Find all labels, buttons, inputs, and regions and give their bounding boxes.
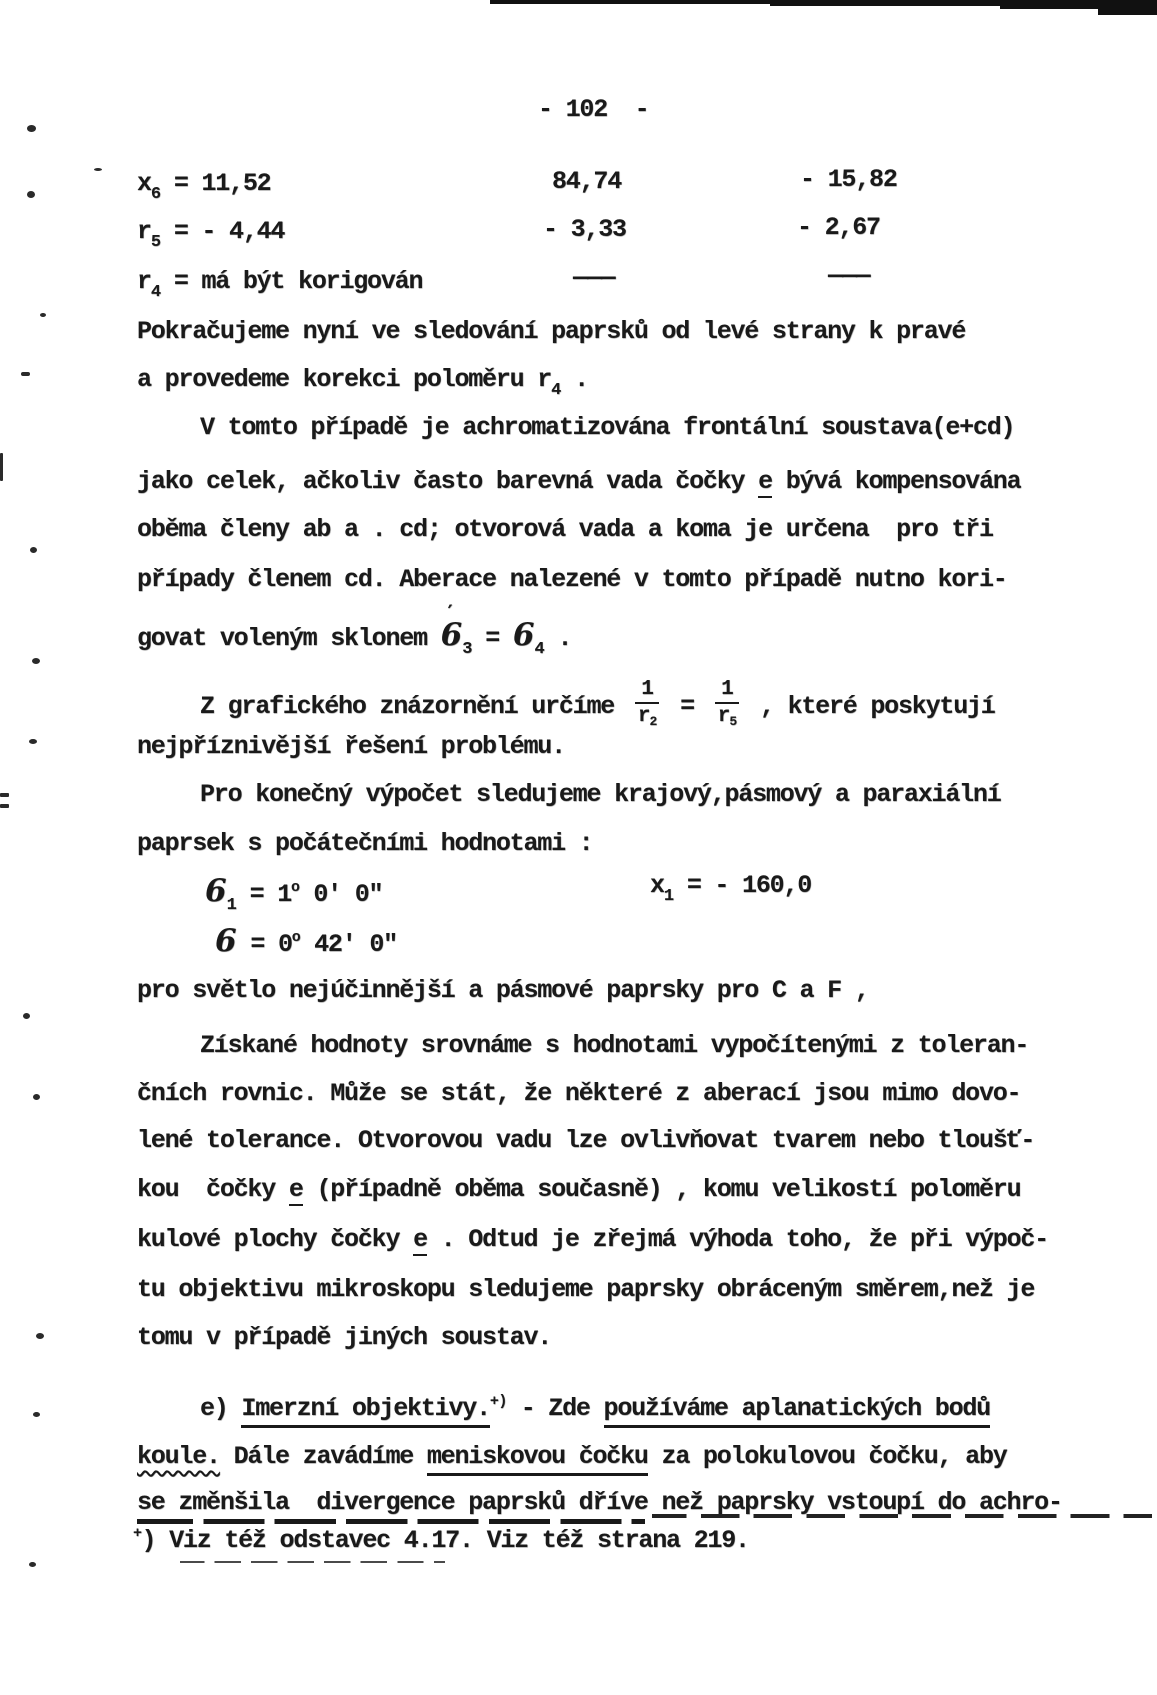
sigma-symbol: 6	[215, 923, 237, 959]
text-run: = 1	[236, 880, 291, 909]
text-run: (případně oběma současně) , komu velikos…	[303, 1175, 1021, 1204]
scan-speck	[40, 313, 46, 317]
text-line: kulové plochy čočky e . Odtud je zřejmá …	[137, 1226, 1048, 1254]
subscript: 5	[729, 714, 736, 729]
text-run: ———	[573, 263, 614, 292]
equation: 6 = 0o 42′ 0″	[215, 924, 397, 959]
text-line: nejpříznivější řešení problému.	[137, 733, 565, 761]
footnote-rule	[137, 1519, 645, 1524]
page-number: - 102 -	[538, 96, 648, 124]
text-run: čních rovnic. Může se stát, že některé z…	[137, 1079, 1020, 1108]
subscript: 4	[534, 640, 543, 659]
text-line: čních rovnic. Může se stát, že některé z…	[137, 1080, 1020, 1108]
text-line: tu objektivu mikroskopu sledujeme paprsk…	[137, 1276, 1034, 1304]
text-run: =	[471, 624, 512, 653]
fraction-denominator: r5	[715, 702, 739, 728]
text-line: jako celek, ačkoliv často barevná vada č…	[137, 468, 1020, 496]
text-run: e)	[200, 1394, 241, 1423]
scan-speck	[0, 793, 9, 797]
text-run: ———	[828, 261, 869, 290]
subscript: 2	[650, 714, 657, 729]
table-cell: r4 = má být korigován	[137, 268, 422, 302]
scan-speck	[21, 372, 30, 376]
text-line: a provedeme korekci poloměru r4 .	[137, 366, 588, 400]
text-run: kulové plochy čočky	[137, 1225, 413, 1254]
text-run: 42′ 0″	[300, 930, 397, 959]
text-run: bývá kompensována	[772, 467, 1020, 496]
text-line: lené tolerance. Otvorovou vadu lze ovliv…	[137, 1127, 1034, 1155]
text-run: lené tolerance. Otvorovou vadu lze ovliv…	[137, 1126, 1034, 1155]
text-line: tomu v případě jiných soustav.	[137, 1324, 551, 1352]
text-run: govat voleným sklonem	[137, 624, 441, 653]
subscript: 4	[551, 381, 560, 400]
scan-speck	[0, 804, 9, 808]
text-run: pro světlo nejúčinnější a pásmové paprsk…	[137, 976, 869, 1005]
text-run: - 3,33	[543, 215, 626, 244]
text-run: ) Viz též odstavec 4.17. Viz též strana …	[142, 1526, 749, 1555]
text-run: .	[560, 365, 588, 394]
text-line: Pokračujeme nyní ve sledování paprsků od…	[137, 318, 965, 346]
fraction-numerator: 1	[638, 679, 656, 702]
text-line: koule. Dále zavádíme meniskovou čočku za…	[137, 1443, 1007, 1471]
text-line: Pro konečný výpočet sledujeme krajový,pá…	[200, 781, 1001, 809]
equation: x1 = - 160,0	[650, 872, 811, 906]
text-run: V tomto případě je achromatizována front…	[200, 413, 1014, 442]
scan-speck	[33, 1412, 40, 1417]
scan-speck	[23, 1013, 30, 1019]
text-run: Pokračujeme nyní ve sledování paprsků od…	[137, 317, 965, 346]
text-run: 0′ 0″	[300, 880, 383, 909]
text-run: x	[137, 169, 151, 198]
text-run: x	[650, 871, 664, 900]
text-line: V tomto případě je achromatizována front…	[200, 414, 1014, 442]
scan-speck	[27, 191, 35, 198]
text-run: .	[544, 624, 572, 653]
scan-speck	[0, 453, 3, 481]
underlined-term: e	[289, 1175, 303, 1206]
text-run: - Zde	[507, 1394, 604, 1423]
underlined-term: e	[413, 1225, 427, 1256]
text-run: = - 160,0	[673, 871, 811, 900]
underlined-phrase: používáme aplanatických bodů	[604, 1394, 990, 1428]
text-run: = má být korigován	[160, 267, 422, 296]
scan-speck	[29, 739, 37, 744]
underlined-phrase: Imerzní objektivy.	[241, 1394, 489, 1428]
subscript: 1	[664, 887, 673, 906]
text-run: 84,74	[552, 167, 621, 196]
text-run: Pro konečný výpočet sledujeme krajový,pá…	[200, 780, 1001, 809]
subscript: 1	[227, 896, 236, 915]
text-run: r	[137, 267, 151, 296]
subscript: 5	[151, 233, 160, 252]
superscript: o	[291, 879, 300, 896]
text-run: paprsek s počátečními hodnotami :	[137, 829, 592, 858]
text-run: =	[666, 692, 707, 721]
scan-speck	[36, 1333, 44, 1339]
text-line: se změnšila divergence paprsků dříve než…	[137, 1489, 1062, 1517]
text-line: oběma členy ab a . cd; otvorová vada a k…	[137, 516, 993, 544]
text-run: nejpříznivější řešení problému.	[137, 732, 565, 761]
text-run: - 15,82	[800, 165, 897, 194]
table-cell: r5 = - 4,44	[137, 218, 284, 252]
scan-speck	[33, 1094, 40, 1100]
text-run: Dále zavádíme	[220, 1442, 427, 1471]
scan-speck	[27, 125, 36, 132]
wavy-underlined-term: koule.	[137, 1442, 220, 1471]
sigma-symbol: 6	[513, 617, 535, 653]
scan-speck	[32, 658, 40, 664]
text-run: za polokulovou čočku, aby	[648, 1442, 1007, 1471]
superscript: +	[133, 1525, 142, 1542]
text-run: = 0	[237, 930, 292, 959]
sigma-symbol-primed: 6′	[441, 618, 463, 653]
scanned-document-page: - 102 - x6 = 11,5284,74- 15,82r5 = - 4,4…	[0, 0, 1157, 1695]
prime-mark: ′	[448, 602, 453, 623]
text-run: r	[137, 217, 151, 246]
text-run: kou čočky	[137, 1175, 289, 1204]
text-run: - 2,67	[797, 213, 880, 242]
fraction-denominator: r2	[635, 702, 659, 728]
scan-edge-artifact	[1098, 0, 1157, 15]
fraction-numerator: 1	[718, 679, 736, 702]
text-line: Získané hodnoty srovnáme s hodnotami vyp…	[200, 1032, 1028, 1060]
text-run: , které poskytují	[746, 692, 994, 721]
table-cell: x6 = 11,52	[137, 170, 270, 204]
text-line: případy členem cd. Aberace nalezené v to…	[137, 566, 1007, 594]
footnote-rule-remnant	[180, 1561, 445, 1563]
text-run: se změnšila divergence paprsků dříve než…	[137, 1488, 1062, 1517]
table-cell: 84,74	[552, 168, 621, 196]
underlined-term: e	[758, 467, 772, 498]
text-run: případy členem cd. Aberace nalezené v to…	[137, 565, 1007, 594]
scan-edge-artifact	[770, 0, 1010, 6]
text-line: paprsek s počátečními hodnotami :	[137, 830, 592, 858]
text-run: . Odtud je zřejmá výhoda toho, že při vý…	[427, 1225, 1048, 1254]
table-cell: ———	[573, 264, 614, 292]
footnote: +) Viz též odstavec 4.17. Viz též strana…	[133, 1526, 749, 1555]
text-run: tomu v případě jiných soustav.	[137, 1323, 551, 1352]
equation: 61 = 1o 0′ 0″	[205, 874, 382, 915]
scan-edge-artifact	[490, 0, 800, 4]
sigma-symbol: 6	[205, 873, 227, 909]
text-run: oběma členy ab a . cd; otvorová vada a k…	[137, 515, 993, 544]
scan-speck	[30, 547, 37, 553]
underlined-phrase: meniskovou čočku	[427, 1442, 648, 1476]
table-cell: ———	[828, 262, 869, 290]
fraction: 1r2	[635, 679, 659, 728]
text-run: tu objektivu mikroskopu sledujeme paprsk…	[137, 1275, 1034, 1304]
subscript: 4	[151, 283, 160, 302]
text-run: = - 4,44	[160, 217, 284, 246]
text-run: jako celek, ačkoliv často barevná vada č…	[137, 467, 758, 496]
scan-speck	[94, 168, 102, 171]
text-line: Z grafického znázornění určíme 1r2 = 1r5…	[200, 682, 995, 731]
text-run: a provedeme korekci poloměru r	[137, 365, 551, 394]
table-cell: - 3,33	[543, 216, 626, 244]
superscript: +)	[490, 1393, 507, 1410]
text-run: Z grafického znázornění určíme	[200, 692, 628, 721]
text-line: e) Imerzní objektivy.+) - Zde používáme …	[200, 1394, 990, 1423]
table-cell: - 2,67	[797, 214, 880, 242]
text-line: pro světlo nejúčinnější a pásmové paprsk…	[137, 977, 869, 1005]
table-cell: - 15,82	[800, 166, 897, 194]
text-line: govat voleným sklonem 6′3 = 64 .	[137, 618, 571, 659]
text-run: Získané hodnoty srovnáme s hodnotami vyp…	[200, 1031, 1028, 1060]
text-run: = 11,52	[160, 169, 270, 198]
subscript: 6	[151, 185, 160, 204]
scan-speck	[29, 1562, 36, 1567]
footnote-rule	[652, 1514, 1152, 1518]
fraction: 1r5	[715, 679, 739, 728]
text-line: kou čočky e (případně oběma současně) , …	[137, 1176, 1020, 1204]
